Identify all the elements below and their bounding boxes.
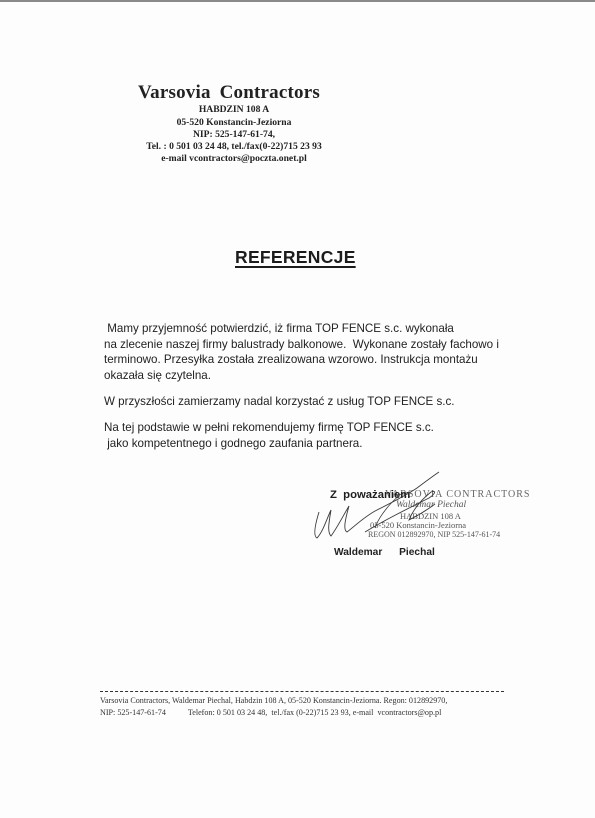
address-line-1: HABDZIN 108 A bbox=[134, 104, 334, 115]
stamp-city: 05-520 Konstancin-Jeziorna bbox=[370, 520, 466, 530]
company-name: Varsovia Contractors bbox=[138, 82, 320, 104]
paragraph-confirmation: Mamy przyjemność potwierdzić, iż firma T… bbox=[104, 321, 499, 383]
text-line: jako kompetentnego i godnego zaufania pa… bbox=[104, 436, 434, 452]
paragraph-recommendation: Na tej podstawie w pełni rekomendujemy f… bbox=[104, 420, 434, 451]
footer-nip: NIP: 525-147-61-74 bbox=[100, 708, 166, 717]
footer-divider bbox=[100, 691, 504, 692]
signer-name: Waldemar Piechal bbox=[334, 547, 435, 558]
closing-greeting: Z poważaniem bbox=[330, 489, 410, 501]
footer-line-2: NIP: 525-147-61-74Telefon: 0 501 03 24 4… bbox=[100, 708, 441, 717]
stamp-name: Waldemar Piechal bbox=[396, 500, 466, 510]
footer-line-1: Varsovia Contractors, Waldemar Piechal, … bbox=[100, 696, 447, 705]
document-title: REFERENCJE bbox=[235, 247, 356, 268]
text-line: Na tej podstawie w pełni rekomendujemy f… bbox=[104, 420, 434, 436]
email-line: e-mail vcontractors@poczta.onet.pl bbox=[134, 153, 334, 164]
scan-edge bbox=[0, 0, 595, 2]
signature-block: Z poważaniem VARSOVIA CONTRACTORS Waldem… bbox=[330, 489, 510, 549]
text-line: terminowo. Przesyłka została zrealizowan… bbox=[104, 352, 499, 368]
address-line-2: 05-520 Konstancin-Jeziorna bbox=[134, 117, 334, 128]
stamp-ids: REGON 012892970, NIP 525-147-61-74 bbox=[368, 530, 500, 539]
paragraph-future: W przyszłości zamierzamy nadal korzystać… bbox=[104, 394, 454, 410]
footer-contact: Telefon: 0 501 03 24 48, tel./fax (0-22)… bbox=[188, 708, 441, 717]
nip-line: NIP: 525-147-61-74, bbox=[134, 129, 334, 140]
text-line: Mamy przyjemność potwierdzić, iż firma T… bbox=[104, 321, 499, 337]
phone-line: Tel. : 0 501 03 24 48, tel./fax(0-22)715… bbox=[134, 141, 334, 152]
text-line: okazała się czytelna. bbox=[104, 368, 499, 384]
text-line: na zlecenie naszej firmy balustrady balk… bbox=[104, 337, 499, 353]
